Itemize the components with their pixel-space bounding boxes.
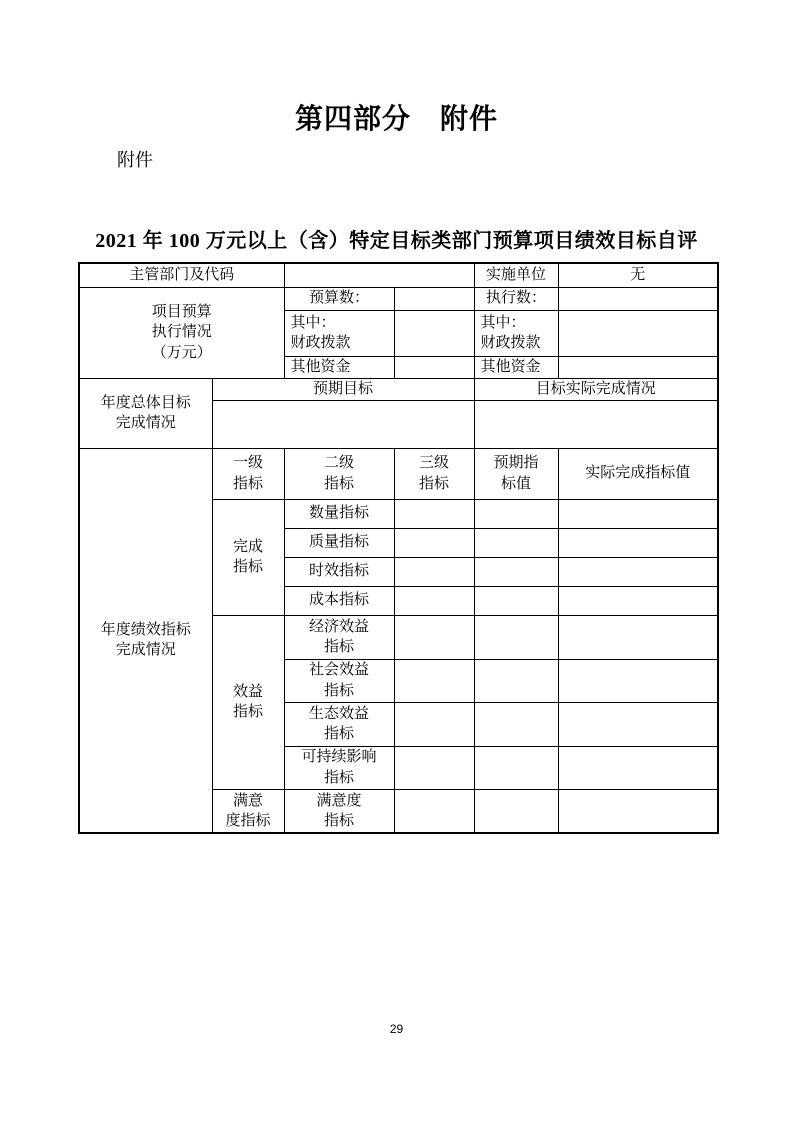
perf-indicator-label: 年度绩效指标 完成情况 <box>79 448 212 833</box>
value-cell <box>558 746 718 789</box>
exec-num-value <box>558 287 718 310</box>
actual-goal-header: 目标实际完成情况 <box>474 378 718 400</box>
value-cell <box>394 615 474 659</box>
exec-fiscal-label: 其中： 财政拨款 <box>474 310 558 356</box>
annual-goal-label: 年度总体目标 完成情况 <box>79 378 212 448</box>
value-cell <box>558 528 718 557</box>
value-cell <box>474 586 558 615</box>
expected-goal-value <box>212 400 474 448</box>
actual-goal-value <box>474 400 718 448</box>
budget-section-label: 项目预算 执行情况 （万元） <box>79 287 284 378</box>
value-cell <box>394 789 474 833</box>
header-level3: 三级 指标 <box>394 448 474 499</box>
indicator-timeliness: 时效指标 <box>284 557 394 586</box>
header-expected-value: 预期指 标值 <box>474 448 558 499</box>
attachment-label: 附件 <box>117 146 153 172</box>
budget-other-value <box>394 356 474 378</box>
document-page: 第四部分 附件 附件 2021 年 100 万元以上（含）特定目标类部门预算项目… <box>0 0 793 1122</box>
header-level1: 一级 指标 <box>212 448 284 499</box>
dept-code-label: 主管部门及代码 <box>79 263 284 287</box>
group-completion-label: 完成 指标 <box>212 499 284 615</box>
value-cell <box>558 615 718 659</box>
indicator-social-benefit: 社会效益 指标 <box>284 659 394 702</box>
value-cell <box>474 789 558 833</box>
exec-other-label: 其他资金 <box>474 356 558 378</box>
value-cell <box>474 702 558 746</box>
indicator-quality: 质量指标 <box>284 528 394 557</box>
value-cell <box>394 659 474 702</box>
value-cell <box>558 789 718 833</box>
value-cell <box>558 557 718 586</box>
group-satisfaction-label: 满意 度指标 <box>212 789 284 833</box>
indicator-ecological-benefit: 生态效益 指标 <box>284 702 394 746</box>
value-cell <box>558 499 718 528</box>
value-cell <box>558 702 718 746</box>
exec-num-label: 执行数： <box>474 287 558 310</box>
indicator-economic-benefit: 经济效益 指标 <box>284 615 394 659</box>
header-actual-value: 实际完成指标值 <box>558 448 718 499</box>
impl-unit-label: 实施单位 <box>474 263 558 287</box>
value-cell <box>474 528 558 557</box>
value-cell <box>558 659 718 702</box>
budget-num-value <box>394 287 474 310</box>
dept-code-value <box>284 263 474 287</box>
value-cell <box>474 615 558 659</box>
value-cell <box>394 746 474 789</box>
indicator-satisfaction: 满意度 指标 <box>284 789 394 833</box>
indicator-sustainable-impact: 可持续影响 指标 <box>284 746 394 789</box>
performance-self-eval-table: 主管部门及代码 实施单位 无 项目预算 执行情况 （万元） 预算数： 执行数： … <box>78 262 719 834</box>
value-cell <box>394 702 474 746</box>
indicator-quantity: 数量指标 <box>284 499 394 528</box>
value-cell <box>394 528 474 557</box>
budget-fiscal-value <box>394 310 474 356</box>
value-cell <box>394 557 474 586</box>
value-cell <box>474 659 558 702</box>
value-cell <box>394 499 474 528</box>
expected-goal-header: 预期目标 <box>212 378 474 400</box>
value-cell <box>474 499 558 528</box>
budget-other-label: 其他资金 <box>284 356 394 378</box>
exec-fiscal-value <box>558 310 718 356</box>
page-number: 29 <box>0 1022 793 1036</box>
impl-unit-value: 无 <box>558 263 718 287</box>
indicator-cost: 成本指标 <box>284 586 394 615</box>
budget-fiscal-label: 其中： 财政拨款 <box>284 310 394 356</box>
exec-other-value <box>558 356 718 378</box>
budget-num-label: 预算数： <box>284 287 394 310</box>
group-benefit-label: 效益 指标 <box>212 615 284 789</box>
header-level2: 二级 指标 <box>284 448 394 499</box>
table-title: 2021 年 100 万元以上（含）特定目标类部门预算项目绩效目标自评 <box>0 224 793 253</box>
value-cell <box>558 586 718 615</box>
value-cell <box>394 586 474 615</box>
main-title: 第四部分 附件 <box>0 97 793 137</box>
value-cell <box>474 746 558 789</box>
value-cell <box>474 557 558 586</box>
